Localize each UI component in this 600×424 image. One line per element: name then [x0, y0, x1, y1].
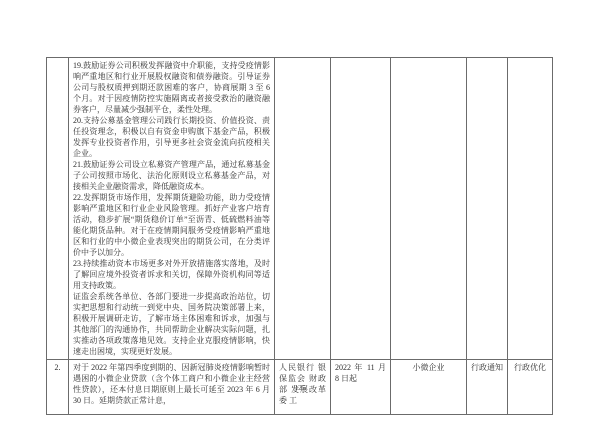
date-cell-empty: [331, 58, 391, 360]
policy-paragraph-20: 20.支持公募基金管理公司践行长期投资、价值投资、责任投资理念，积极以自有资金申…: [73, 115, 270, 159]
category-cell-empty: [508, 58, 553, 360]
table-row-continuation: 19.鼓励证券公司积极发挥融资中介职能，支持受疫情影响严重地区和行业开展股权融资…: [47, 58, 553, 360]
policy-content-cell: 19.鼓励证券公司积极发挥融资中介职能，支持受疫情影响严重地区和行业开展股权融资…: [69, 58, 275, 360]
document-page: 19.鼓励证券公司积极发挥融资中介职能，支持受疫情影响严重地区和行业开展股权融资…: [0, 0, 600, 424]
page-number: 125: [0, 383, 600, 392]
policy-paragraph-22: 22.发挥期货市场作用，发挥期货避险功能，助力受疫情影响严重地区和行业企业风险管…: [73, 192, 270, 258]
target-cell-empty: [391, 58, 467, 360]
policy-paragraph-closing: 证监会系统各单位、各部门要进一步提高政治站位，切实把思想和行动统一到党中央、国务…: [73, 291, 270, 357]
row-index-cell-empty: [47, 58, 69, 360]
policy-paragraph-19: 19.鼓励证券公司积极发挥融资中介职能，支持受疫情影响严重地区和行业开展股权融资…: [73, 60, 270, 115]
doc-type-cell-empty: [467, 58, 508, 360]
policy-table: 19.鼓励证券公司积极发挥融资中介职能，支持受疫情影响严重地区和行业开展股权融资…: [46, 57, 553, 415]
policy-paragraph-23: 23.持续推动资本市场更多对外开放措施落实落地，及时了解回应境外投资者诉求和关切…: [73, 258, 270, 291]
issuer-cell-empty: [275, 58, 331, 360]
policy-paragraph-21: 21.鼓励证券公司设立私募资产管理产品，通过私募基金子公司按照市场化、法治化原则…: [73, 159, 270, 192]
